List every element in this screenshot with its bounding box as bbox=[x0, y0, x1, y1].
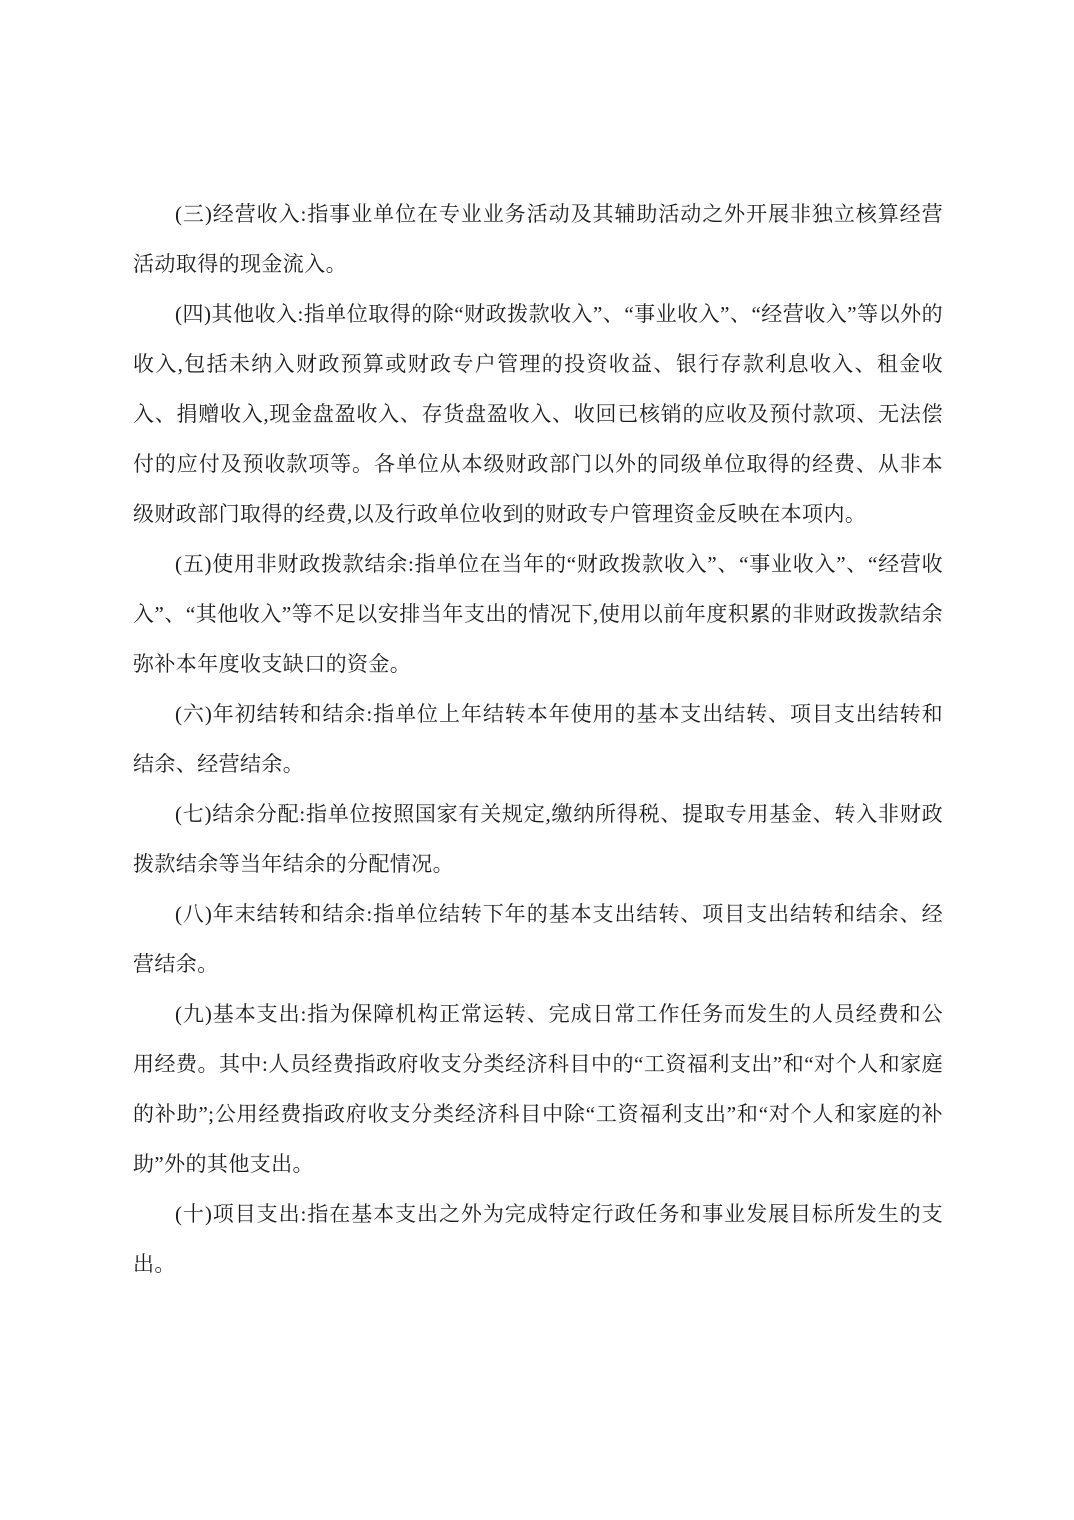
paragraph-project-expenditure: (十)项目支出:指在基本支出之外为完成特定行政任务和事业发展目标所发生的支出。 bbox=[133, 1189, 943, 1289]
paragraph-year-end-carryover: (八)年末结转和结余:指单位结转下年的基本支出结转、项目支出结转和结余、经营结余… bbox=[133, 889, 943, 989]
document-body-text: (三)经营收入:指事业单位在专业业务活动及其辅助活动之外开展非独立核算经营活动取… bbox=[133, 189, 943, 1289]
paragraph-surplus-distribution: (七)结余分配:指单位按照国家有关规定,缴纳所得税、提取专用基金、转入非财政拨款… bbox=[133, 789, 943, 889]
paragraph-other-income: (四)其他收入:指单位取得的除“财政拨款收入”、“事业收入”、“经营收入”等以外… bbox=[133, 289, 943, 539]
paragraph-use-of-nonfiscal-carryover: (五)使用非财政拨款结余:指单位在当年的“财政拨款收入”、“事业收入”、“经营收… bbox=[133, 539, 943, 689]
document-page: (三)经营收入:指事业单位在专业业务活动及其辅助活动之外开展非独立核算经营活动取… bbox=[0, 0, 1074, 1520]
paragraph-beginning-year-carryover: (六)年初结转和结余:指单位上年结转本年使用的基本支出结转、项目支出结转和结余、… bbox=[133, 689, 943, 789]
paragraph-operating-income: (三)经营收入:指事业单位在专业业务活动及其辅助活动之外开展非独立核算经营活动取… bbox=[133, 189, 943, 289]
paragraph-basic-expenditure: (九)基本支出:指为保障机构正常运转、完成日常工作任务而发生的人员经费和公用经费… bbox=[133, 989, 943, 1189]
